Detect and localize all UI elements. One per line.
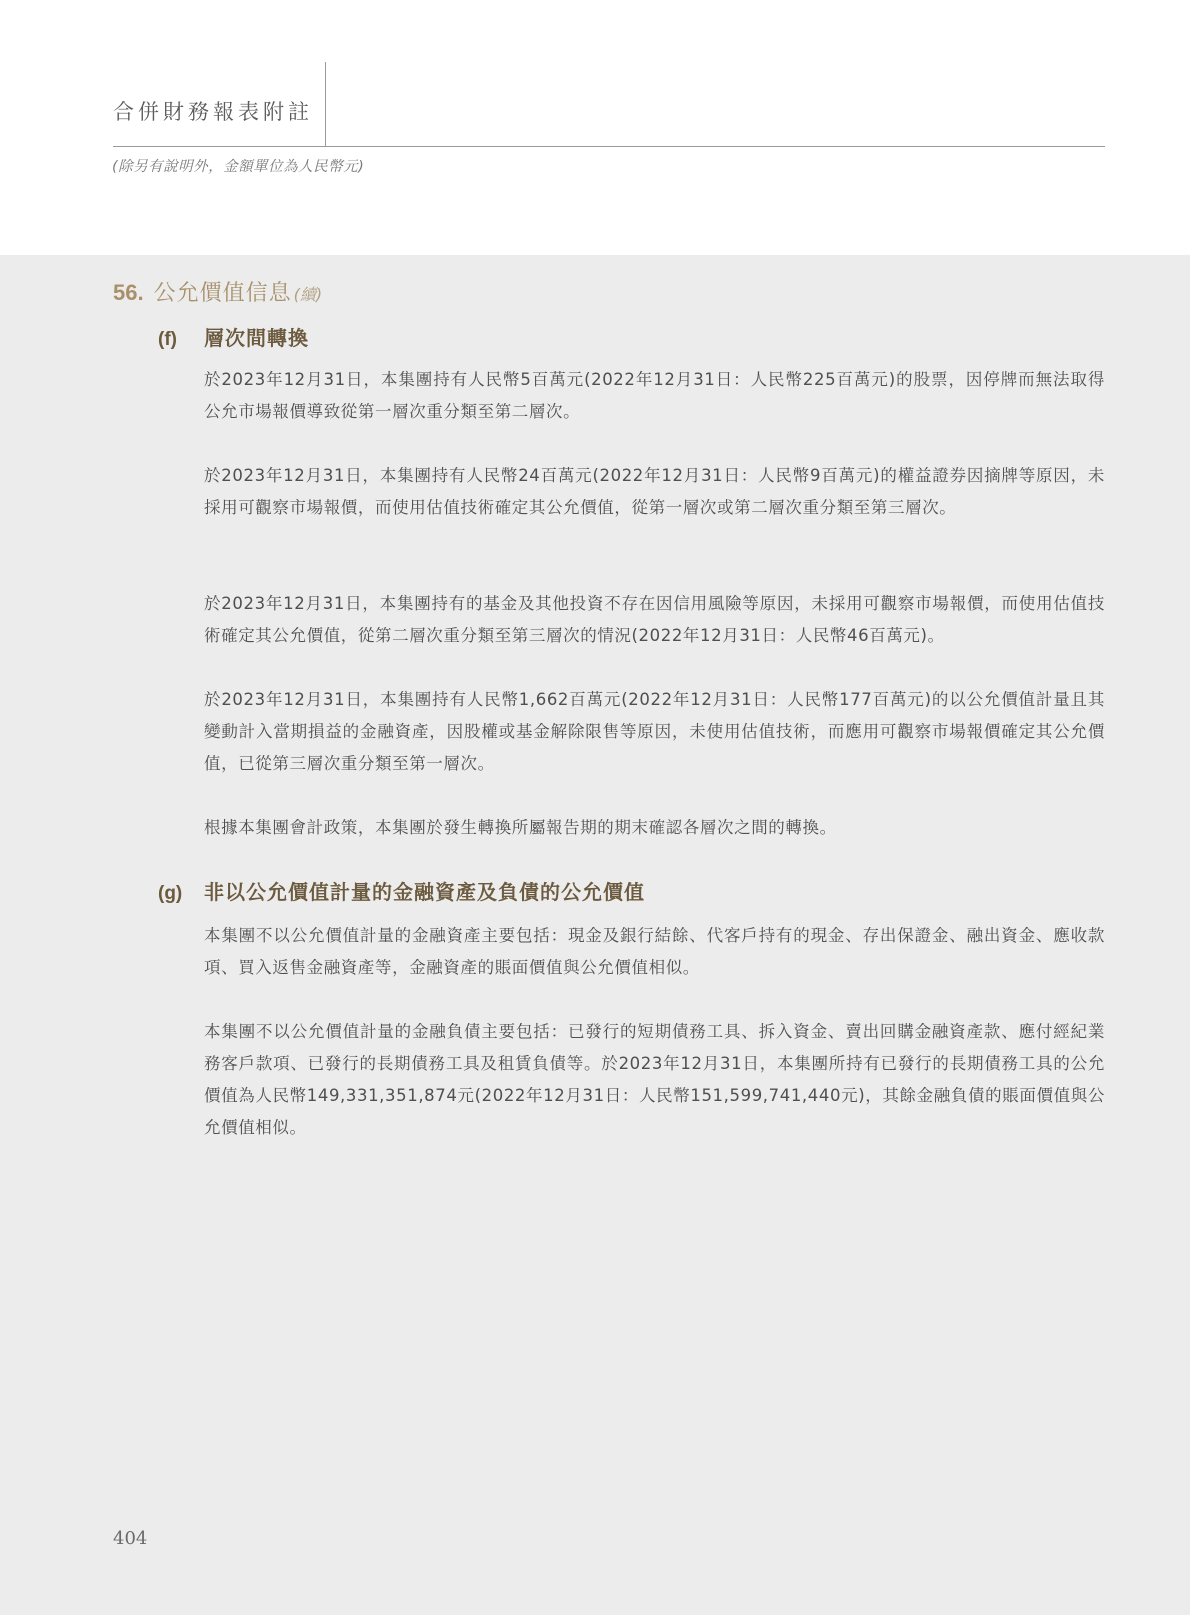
header-title: 合併財務報表附註: [113, 96, 313, 126]
paragraph-f-5: 根據本集團會計政策，本集團於發生轉換所屬報告期的期末確認各層次之間的轉換。: [204, 812, 1105, 844]
paragraph-f-2: 於2023年12月31日，本集團持有人民幣24百萬元(2022年12月31日：人…: [204, 460, 1105, 524]
paragraph-f-3: 於2023年12月31日，本集團持有的基金及其他投資不存在因信用風險等原因，未採…: [204, 588, 1105, 652]
page-number: 404: [113, 1528, 147, 1549]
header-vertical-divider: [325, 62, 326, 147]
header-subtitle: (除另有說明外，金額單位為人民幣元): [112, 155, 364, 176]
subsection-f-title: 層次間轉換: [204, 322, 309, 351]
subsection-g-heading: (g) 非以公允價值計量的金融資產及負債的公允價值: [158, 876, 645, 905]
header-horizontal-divider: [113, 146, 1105, 147]
document-page: 合併財務報表附註 (除另有說明外，金額單位為人民幣元) 56. 公允價值信息 (…: [0, 0, 1190, 1615]
paragraph-g-1: 本集團不以公允價值計量的金融資產主要包括：現金及銀行結餘、代客戶持有的現金、存出…: [204, 920, 1105, 984]
page-header: 合併財務報表附註 (除另有說明外，金額單位為人民幣元): [0, 0, 1190, 255]
section-title: 公允價值信息: [154, 276, 292, 307]
subsection-g-label: (g): [158, 883, 204, 905]
subsection-g-title: 非以公允價值計量的金融資產及負債的公允價值: [204, 876, 645, 905]
subsection-f-label: (f): [158, 329, 204, 351]
paragraph-g-2: 本集團不以公允價值計量的金融負債主要包括：已發行的短期債務工具、拆入資金、賣出回…: [204, 1016, 1105, 1144]
paragraph-f-1: 於2023年12月31日，本集團持有人民幣5百萬元(2022年12月31日：人民…: [204, 364, 1105, 428]
subsection-f-heading: (f) 層次間轉換: [158, 322, 309, 351]
section-number: 56.: [113, 280, 144, 306]
section-continued: (續): [294, 282, 323, 305]
section-heading: 56. 公允價值信息 (續): [113, 276, 322, 307]
paragraph-f-4: 於2023年12月31日，本集團持有人民幣1,662百萬元(2022年12月31…: [204, 684, 1105, 780]
